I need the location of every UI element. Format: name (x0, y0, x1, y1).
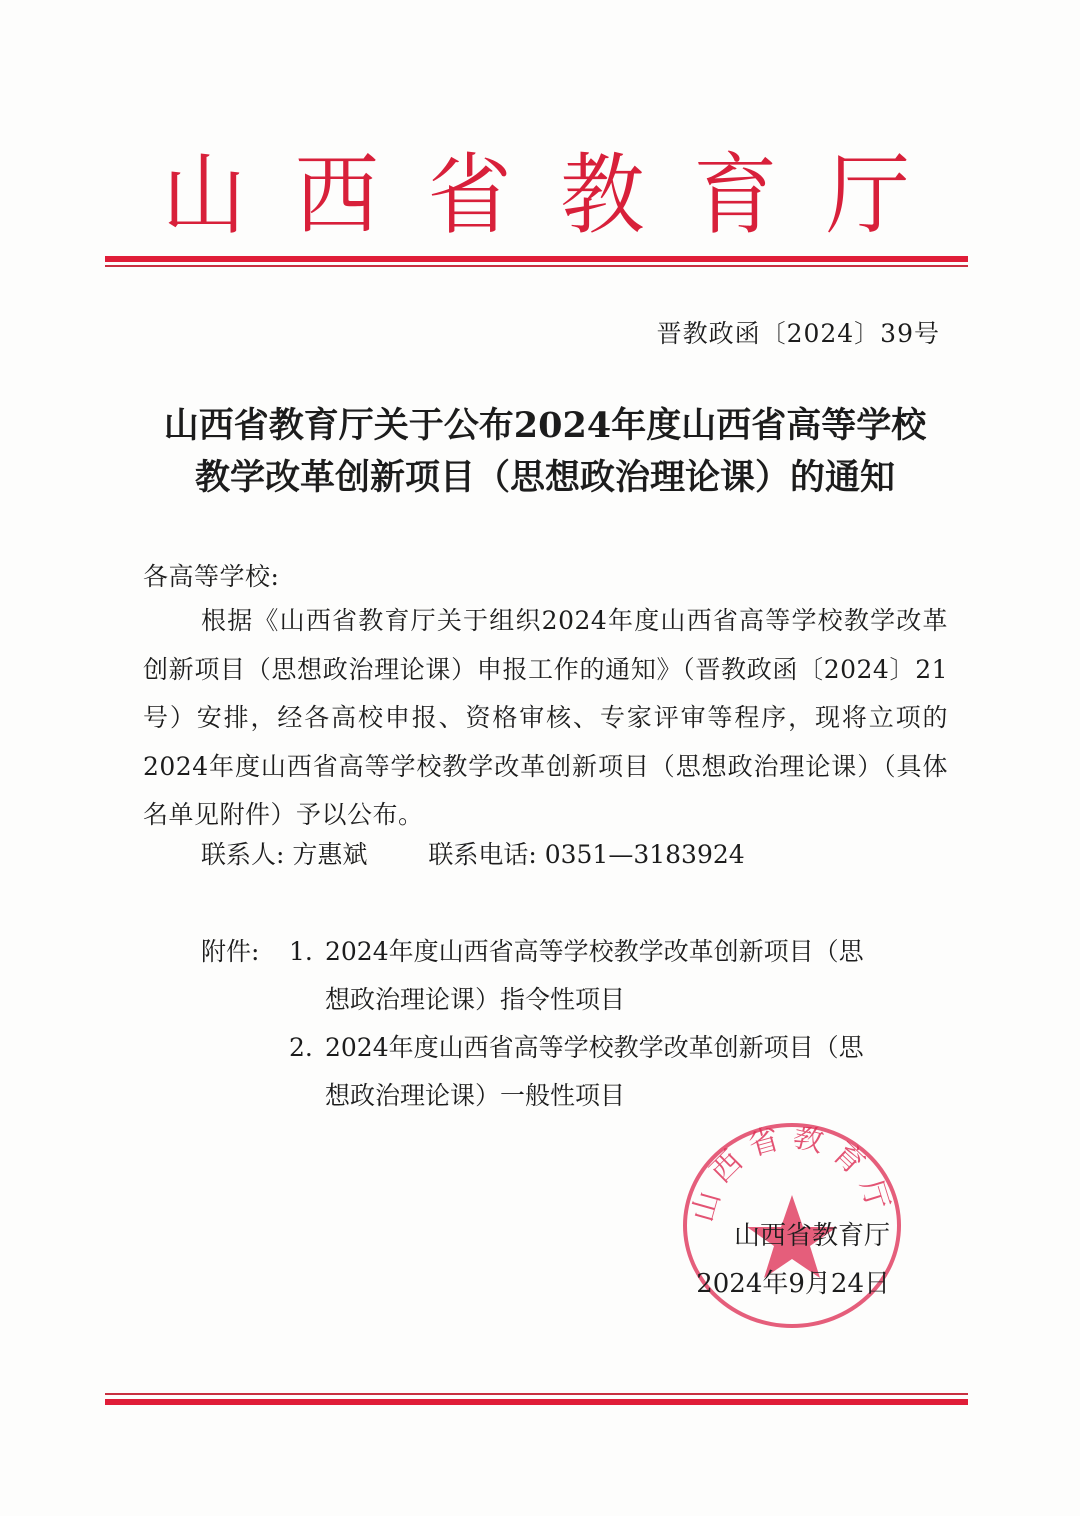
masthead: 山 西 省 教 育 厅 (100, 140, 980, 250)
signature-block: 山西省教育厅 2024年9月24日 (680, 1212, 890, 1308)
attachment-item: 附件: 1. 2024年度山西省高等学校教学改革创新项目（思 想政治理论课）指令… (201, 928, 951, 1024)
attachments: 附件: 1. 2024年度山西省高等学校教学改革创新项目（思 想政治理论课）指令… (201, 928, 951, 1120)
body-paragraph: 根据《山西省教育厅关于组织2024年度山西省高等学校教学改革创新项目（思想政治理… (143, 597, 948, 840)
attachment-title: 2024年度山西省高等学校教学改革创新项目（思 想政治理论课）一般性项目 (325, 1024, 951, 1120)
document-number: 晋教政函〔2024〕39号 (657, 314, 940, 350)
attachments-label: 附件: (201, 928, 289, 1024)
attachment-title: 2024年度山西省高等学校教学改革创新项目（思 想政治理论课）指令性项目 (325, 928, 951, 1024)
masthead-char: 厅 (826, 151, 910, 239)
attachment-number: 2. (289, 1024, 325, 1120)
masthead-char: 省 (428, 151, 512, 239)
attachment-number: 1. (289, 928, 325, 1024)
contact-person-label: 联系人: (201, 840, 284, 869)
masthead-char: 教 (560, 151, 644, 239)
masthead-char: 育 (693, 151, 777, 239)
contact-line: 联系人: 方惠斌 联系电话: 0351—3183924 (201, 835, 745, 871)
contact-person: 方惠斌 (292, 840, 367, 869)
contact-phone-label: 联系电话: (428, 840, 536, 869)
salutation: 各高等学校: (143, 553, 948, 602)
title-line-1: 山西省教育厅关于公布2024年度山西省高等学校 (150, 400, 940, 452)
footer-rule-thick (105, 1399, 968, 1405)
masthead-char: 山 (162, 151, 246, 239)
signature-org: 山西省教育厅 (680, 1212, 890, 1260)
attachment-item: 2. 2024年度山西省高等学校教学改革创新项目（思 想政治理论课）一般性项目 (201, 1024, 951, 1120)
contact-phone: 0351—3183924 (545, 840, 745, 869)
header-rule-thick (105, 256, 968, 262)
document-title: 山西省教育厅关于公布2024年度山西省高等学校 教学改革创新项目（思想政治理论课… (150, 400, 940, 504)
header-rule-thin (105, 265, 968, 267)
masthead-char: 西 (295, 151, 379, 239)
title-line-2: 教学改革创新项目（思想政治理论课）的通知 (150, 452, 940, 504)
footer-rule-thin (105, 1393, 968, 1395)
signature-date: 2024年9月24日 (680, 1260, 890, 1308)
